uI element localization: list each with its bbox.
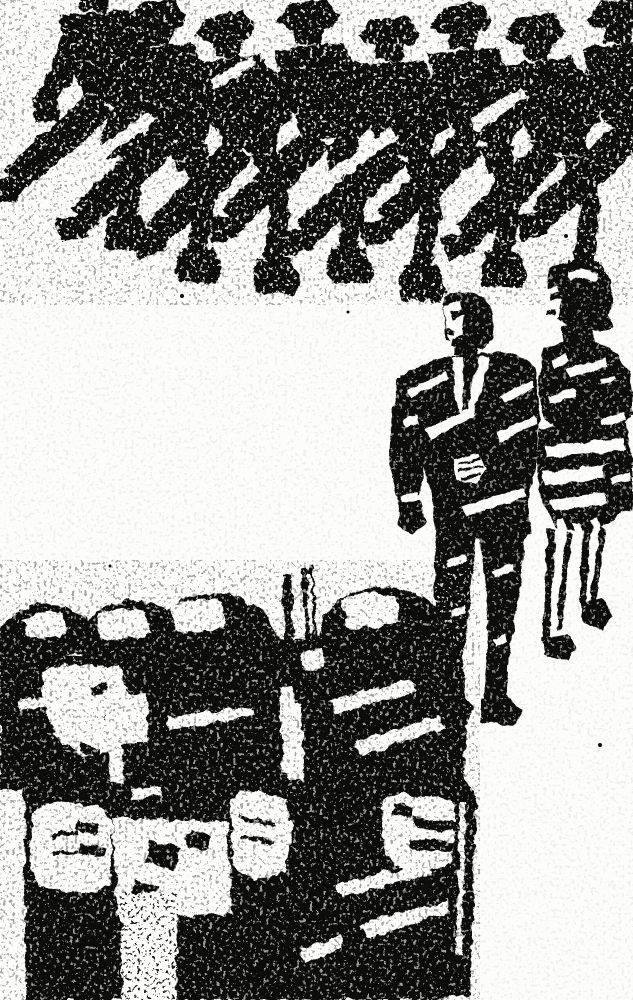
helmeted-soldiers-group [0, 566, 476, 1000]
illustration-canvas [0, 0, 633, 1000]
speckled-column [120, 892, 178, 1000]
white-glove [382, 794, 456, 870]
soldier3-body [146, 670, 288, 798]
book-illustration [0, 0, 633, 1000]
white-glove [230, 792, 292, 880]
